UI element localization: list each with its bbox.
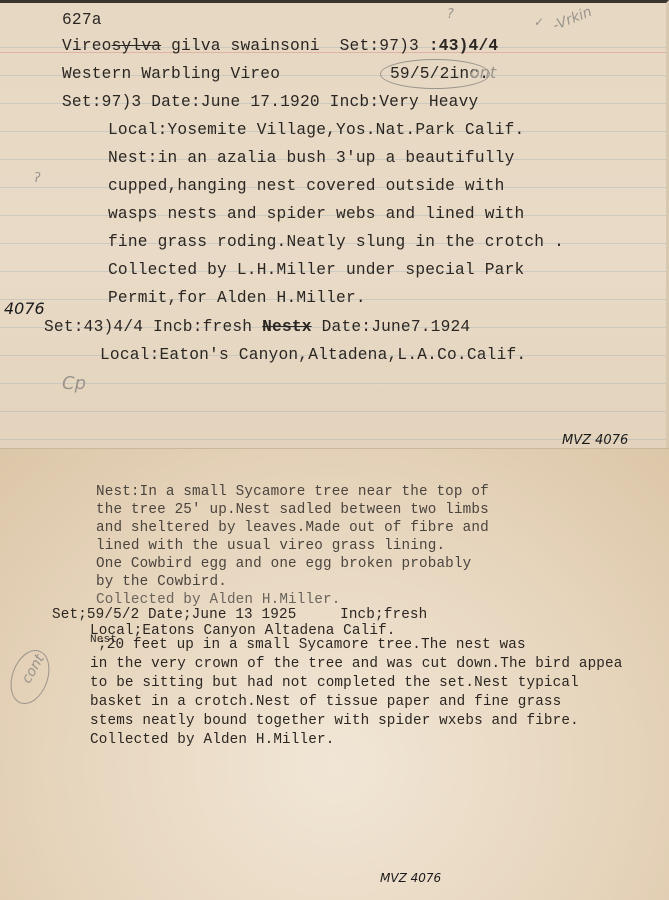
entry4-line: stems neatly bound together with spider … <box>90 712 579 731</box>
struck-text: sylva <box>112 37 162 55</box>
species-line: Vireosylva gilva swainsoni Set:97)3 :43)… <box>62 37 498 55</box>
entry3-line: and sheltered by leaves.Made out of fibr… <box>96 519 489 538</box>
entry1-line: cupped,hanging nest covered outside with <box>108 177 505 195</box>
genus-prefix: Vireo <box>62 37 112 55</box>
catalog-number: 627a <box>62 11 102 29</box>
cp-mark: Cp <box>62 373 86 394</box>
entry2-local: Local:Eaton's Canyon,Altadena,L.A.Co.Cal… <box>100 346 526 364</box>
set-extra: :43)4/4 <box>419 37 498 55</box>
entry4-incb: Incb;fresh <box>340 607 427 623</box>
question-mark-note: ? <box>447 7 454 22</box>
specimen-card-2: Nest:In a small Sycamore tree near the t… <box>0 448 669 900</box>
entry1-line: fine grass roding.Neatly slung in the cr… <box>108 233 564 251</box>
entry3-line: the tree 25' up.Nest sadled between two … <box>96 501 489 520</box>
entry3-line: One Cowbird egg and one egg broken proba… <box>96 555 471 574</box>
mvz-tag-top: MVZ 4076 <box>562 433 628 448</box>
entry4-line: to be sitting but had not completed the … <box>90 674 579 693</box>
common-name: Western Warbling Vireo <box>62 65 280 83</box>
side-number: 4076 <box>4 299 45 318</box>
entry1-line: Local:Yosemite Village,Yos.Nat.Park Cali… <box>108 121 524 139</box>
entry1-line: Permit,for Alden H.Miller. <box>108 289 366 307</box>
entry2-header: Set:43)4/4 Incb:fresh Nestx Date:June7.1… <box>44 318 470 336</box>
entry4-date: Date;June 13 1925 <box>148 607 296 623</box>
entry4-line: Collected by Alden H.Miller. <box>90 731 334 750</box>
entry3-line: lined with the usual vireo grass lining. <box>96 537 445 556</box>
entry1-header: Set:97)3 Date:June 17.1920 Incb:Very Hea… <box>62 93 478 111</box>
entry4-line: ;20 feet up in a small Sycamore tree.The… <box>98 636 526 655</box>
specimen-card-1: 627a Vireosylva gilva swainsoni Set:97)3… <box>0 0 669 448</box>
entry2-header-part1: Set:43)4/4 Incb:fresh <box>44 318 262 336</box>
entry3-line: by the Cowbird. <box>96 573 227 592</box>
mvz-tag-bottom: MVZ 4076 <box>380 871 441 885</box>
entry1-line: wasps nests and spider webs and lined wi… <box>108 205 524 223</box>
entry4-set: Set;59/5/2 <box>52 607 139 623</box>
entry4-line: in the very crown of the tree and was cu… <box>90 655 623 674</box>
margin-mark: ʔ <box>34 171 41 186</box>
entry3-line: Nest:In a small Sycamore tree near the t… <box>96 483 489 502</box>
species-rest: gilva swainsoni <box>161 37 320 55</box>
entry1-line: Nest:in an azalia bush 3'up a beautifull… <box>108 149 514 167</box>
entry2-struck: Nestx <box>262 318 312 336</box>
check-mark-note: ✓ <box>534 15 544 29</box>
entry1-line: Collected by L.H.Miller under special Pa… <box>108 261 524 279</box>
name-note: -Vrkin <box>550 4 594 34</box>
entry4-line: basket in a crotch.Nest of tissue paper … <box>90 693 561 712</box>
entry2-header-part2: Date:June7.1924 <box>312 318 471 336</box>
set-label: Set:97)3 <box>340 37 419 55</box>
cont-note-1: ont <box>470 63 496 82</box>
